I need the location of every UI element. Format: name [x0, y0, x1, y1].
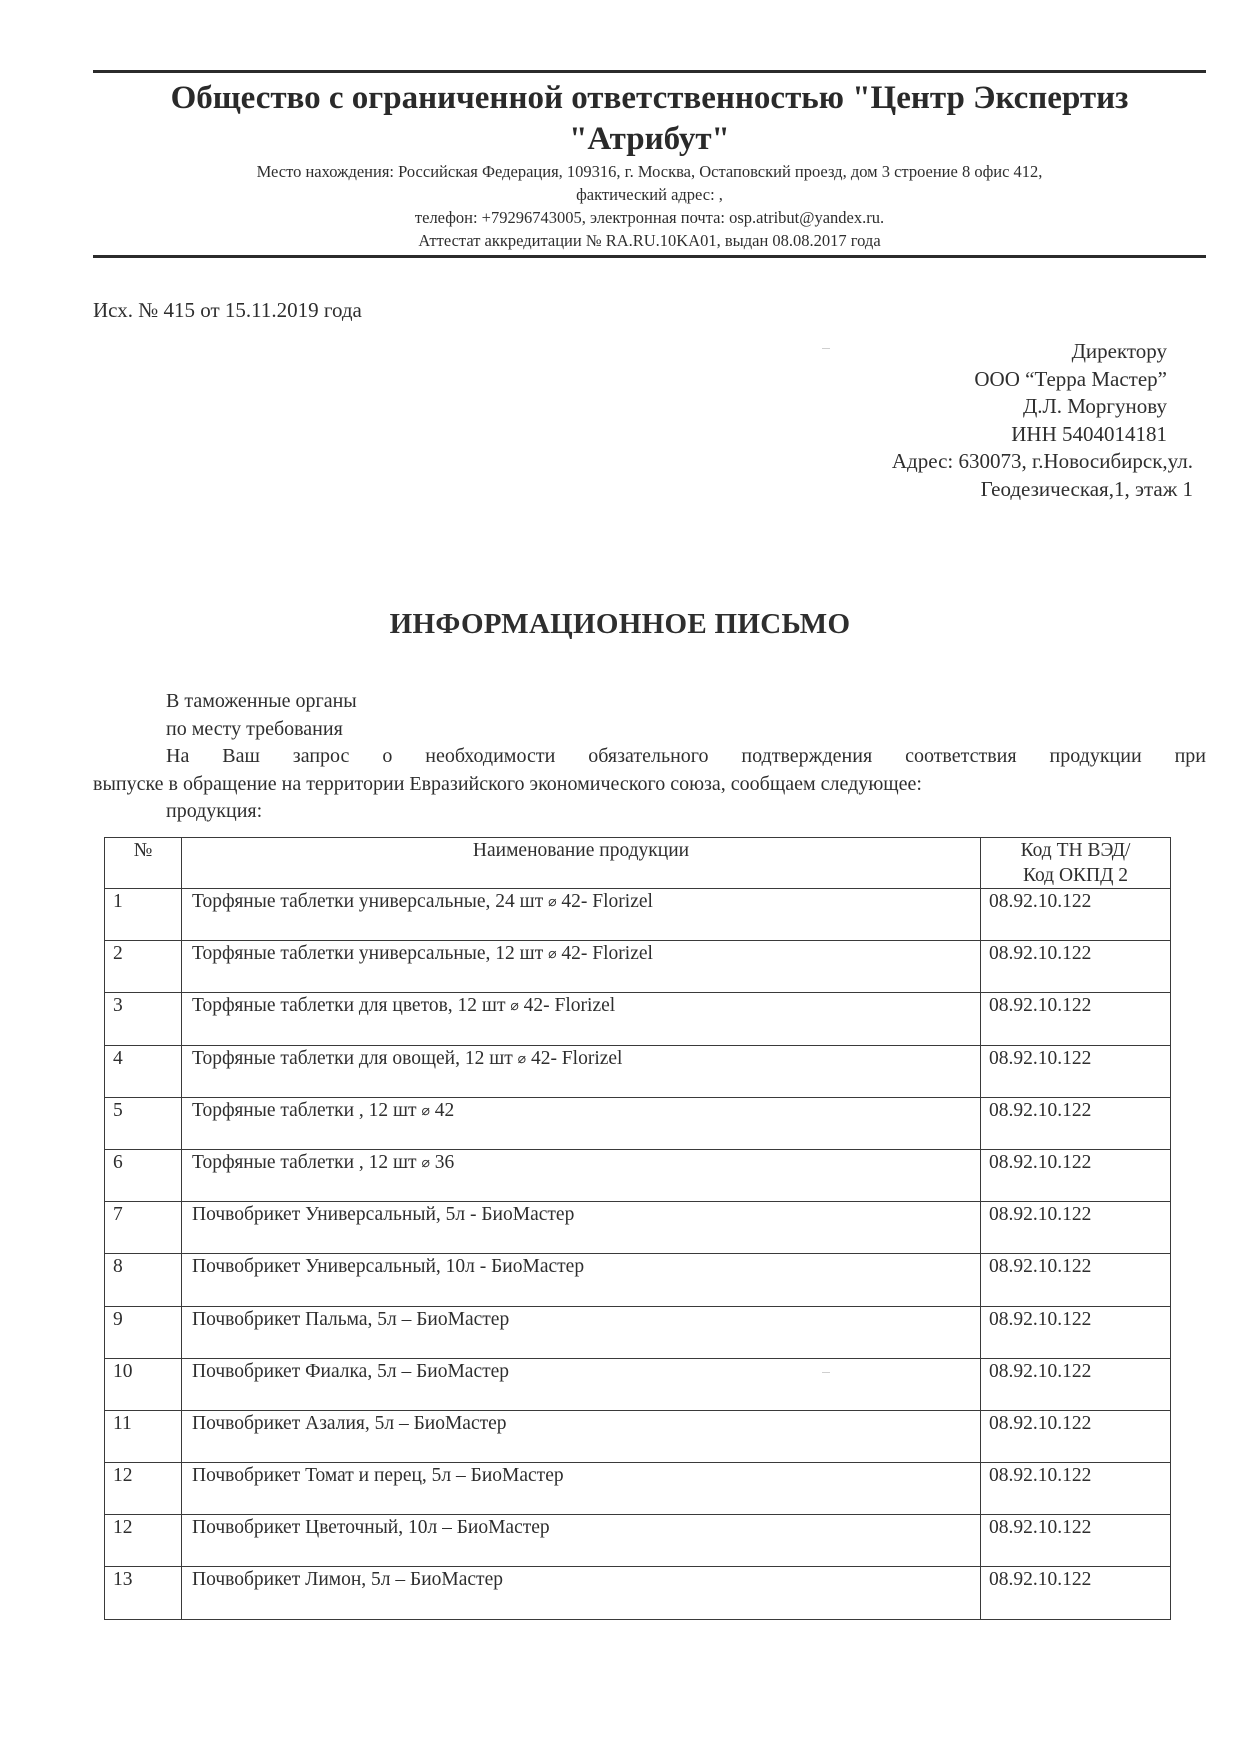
- product-name-text: Почвобрикет Универсальный, 5л - БиоМасте…: [192, 1204, 574, 1225]
- table-row: 4Торфяные таблетки для овощей, 12 шт ⌀ 4…: [105, 1045, 1171, 1097]
- addressee-inn: ИНН 5404014181: [892, 421, 1167, 449]
- product-size-text: 42- Florizel: [531, 1048, 623, 1069]
- scan-speck: [822, 348, 830, 349]
- table-row: 5Торфяные таблетки , 12 шт ⌀ 4208.92.10.…: [105, 1097, 1171, 1149]
- row-code: 08.92.10.122: [981, 1358, 1171, 1410]
- product-size-text: 36: [435, 1152, 455, 1173]
- row-code: 08.92.10.122: [981, 1515, 1171, 1567]
- product-name-text: Торфяные таблетки универсальные, 24 шт: [192, 891, 543, 912]
- diameter-icon: ⌀: [421, 1104, 429, 1119]
- product-name-text: Торфяные таблетки , 12 шт: [192, 1100, 417, 1121]
- row-product-name: Торфяные таблетки для овощей, 12 шт ⌀ 42…: [182, 1045, 981, 1097]
- product-size-text: 42: [435, 1100, 455, 1121]
- table-row: 6Торфяные таблетки , 12 шт ⌀ 3608.92.10.…: [105, 1149, 1171, 1201]
- row-code: 08.92.10.122: [981, 1202, 1171, 1254]
- organization-actual-address: фактический адрес: ,: [93, 183, 1206, 206]
- row-product-name: Почвобрикет Универсальный, 5л - БиоМасте…: [182, 1202, 981, 1254]
- letterhead-bottom-rule: [93, 255, 1206, 258]
- row-code: 08.92.10.122: [981, 1306, 1171, 1358]
- outgoing-reference: Исх. № 415 от 15.11.2019 года: [93, 298, 362, 323]
- diameter-icon: ⌀: [518, 1052, 526, 1067]
- paragraph-line1: На Ваш запрос о необходимости обязательн…: [93, 743, 1206, 771]
- table-row: 10Почвобрикет Фиалка, 5л – БиоМастер08.9…: [105, 1358, 1171, 1410]
- document-title: ИНФОРМАЦИОННОЕ ПИСЬМО: [0, 608, 1240, 641]
- product-name-text: Торфяные таблетки для овощей, 12 шт: [192, 1048, 513, 1069]
- addressee-address-line1: Адрес: 630073, г.Новосибирск,ул.: [892, 448, 1193, 476]
- product-name-text: Почвобрикет Универсальный, 10л - БиоМаст…: [192, 1256, 584, 1277]
- product-name-text: Почвобрикет Фиалка, 5л – БиоМастер: [192, 1361, 509, 1382]
- row-code: 08.92.10.122: [981, 1463, 1171, 1515]
- products-table: № Наименование продукции Код ТН ВЭД/ Код…: [104, 837, 1171, 1620]
- addressee-company: ООО “Терра Мастер”: [892, 366, 1167, 394]
- row-number: 5: [105, 1097, 182, 1149]
- table-row: 2Торфяные таблетки универсальные, 12 шт …: [105, 941, 1171, 993]
- header-number: №: [105, 838, 182, 889]
- organization-details: Место нахождения: Российская Федерация, …: [93, 160, 1206, 252]
- row-number: 6: [105, 1149, 182, 1201]
- row-product-name: Почвобрикет Пальма, 5л – БиоМастер: [182, 1306, 981, 1358]
- row-number: 13: [105, 1567, 182, 1619]
- paragraph-line2: выпуске в обращение на территории Еврази…: [93, 771, 1206, 799]
- diameter-icon: ⌀: [510, 999, 518, 1014]
- diameter-icon: ⌀: [548, 947, 556, 962]
- product-size-text: 42- Florizel: [524, 995, 616, 1016]
- addressee-block: Директору ООО “Терра Мастер” Д.Л. Моргун…: [892, 338, 1193, 503]
- addressee-position: Директору: [892, 338, 1167, 366]
- table-row: 9Почвобрикет Пальма, 5л – БиоМастер08.92…: [105, 1306, 1171, 1358]
- row-code: 08.92.10.122: [981, 1149, 1171, 1201]
- letterhead-top-rule: [93, 70, 1206, 73]
- row-code: 08.92.10.122: [981, 889, 1171, 941]
- row-number: 8: [105, 1254, 182, 1306]
- row-number: 7: [105, 1202, 182, 1254]
- table-header-row: № Наименование продукции Код ТН ВЭД/ Код…: [105, 838, 1171, 889]
- row-product-name: Почвобрикет Цветочный, 10л – БиоМастер: [182, 1515, 981, 1567]
- row-number: 1: [105, 889, 182, 941]
- row-code: 08.92.10.122: [981, 993, 1171, 1045]
- row-product-name: Почвобрикет Томат и перец, 5л – БиоМасте…: [182, 1463, 981, 1515]
- row-number: 2: [105, 941, 182, 993]
- organization-name: Общество с ограниченной ответственностью…: [93, 78, 1206, 160]
- organization-name-line1: Общество с ограниченной ответственностью…: [93, 78, 1206, 119]
- row-code: 08.92.10.122: [981, 1097, 1171, 1149]
- row-product-name: Торфяные таблетки , 12 шт ⌀ 36: [182, 1149, 981, 1201]
- addressee-person: Д.Л. Моргунову: [892, 393, 1167, 421]
- row-product-name: Почвобрикет Фиалка, 5л – БиоМастер: [182, 1358, 981, 1410]
- organization-location: Место нахождения: Российская Федерация, …: [93, 160, 1206, 183]
- row-number: 12: [105, 1463, 182, 1515]
- row-number: 10: [105, 1358, 182, 1410]
- recipient-line1: В таможенные органы: [93, 688, 1206, 716]
- product-size-text: 42- Florizel: [561, 891, 653, 912]
- diameter-icon: ⌀: [548, 895, 556, 910]
- row-number: 12: [105, 1515, 182, 1567]
- row-product-name: Почвобрикет Лимон, 5л – БиоМастер: [182, 1567, 981, 1619]
- scan-speck: [822, 1372, 830, 1373]
- row-number: 9: [105, 1306, 182, 1358]
- product-name-text: Почвобрикет Томат и перец, 5л – БиоМасте…: [192, 1465, 564, 1486]
- table-row: 1Торфяные таблетки универсальные, 24 шт …: [105, 889, 1171, 941]
- table-body: 1Торфяные таблетки универсальные, 24 шт …: [105, 889, 1171, 1620]
- row-code: 08.92.10.122: [981, 1045, 1171, 1097]
- product-name-text: Почвобрикет Лимон, 5л – БиоМастер: [192, 1569, 503, 1590]
- table-row: 12Почвобрикет Томат и перец, 5л – БиоМас…: [105, 1463, 1171, 1515]
- table-row: 12Почвобрикет Цветочный, 10л – БиоМастер…: [105, 1515, 1171, 1567]
- organization-name-line2: "Атрибут": [93, 119, 1206, 160]
- header-code-line1: Код ТН ВЭД/: [981, 838, 1170, 863]
- row-code: 08.92.10.122: [981, 1254, 1171, 1306]
- header-product-name: Наименование продукции: [182, 838, 981, 889]
- product-name-text: Почвобрикет Азалия, 5л – БиоМастер: [192, 1413, 507, 1434]
- product-size-text: 42- Florizel: [561, 943, 653, 964]
- row-product-name: Торфяные таблетки универсальные, 24 шт ⌀…: [182, 889, 981, 941]
- row-product-name: Почвобрикет Азалия, 5л – БиоМастер: [182, 1410, 981, 1462]
- row-product-name: Торфяные таблетки универсальные, 12 шт ⌀…: [182, 941, 981, 993]
- row-product-name: Торфяные таблетки для цветов, 12 шт ⌀ 42…: [182, 993, 981, 1045]
- row-number: 11: [105, 1410, 182, 1462]
- table-row: 3Торфяные таблетки для цветов, 12 шт ⌀ 4…: [105, 993, 1171, 1045]
- organization-accreditation: Аттестат аккредитации № RA.RU.10KA01, вы…: [93, 229, 1206, 252]
- table-row: 7Почвобрикет Универсальный, 5л - БиоМаст…: [105, 1202, 1171, 1254]
- letter-body: В таможенные органы по месту требования …: [93, 688, 1206, 826]
- product-name-text: Почвобрикет Пальма, 5л – БиоМастер: [192, 1309, 509, 1330]
- organization-contacts: телефон: +79296743005, электронная почта…: [93, 206, 1206, 229]
- diameter-icon: ⌀: [421, 1156, 429, 1171]
- product-name-text: Торфяные таблетки , 12 шт: [192, 1152, 417, 1173]
- row-code: 08.92.10.122: [981, 1410, 1171, 1462]
- addressee-address-line2: Геодезическая,1, этаж 1: [892, 476, 1193, 504]
- product-name-text: Торфяные таблетки универсальные, 12 шт: [192, 943, 543, 964]
- header-code: Код ТН ВЭД/ Код ОКПД 2: [981, 838, 1171, 889]
- product-name-text: Торфяные таблетки для цветов, 12 шт: [192, 995, 505, 1016]
- product-name-text: Почвобрикет Цветочный, 10л – БиоМастер: [192, 1517, 550, 1538]
- products-label: продукция:: [93, 798, 1206, 826]
- header-code-line2: Код ОКПД 2: [981, 863, 1170, 888]
- row-product-name: Почвобрикет Универсальный, 10л - БиоМаст…: [182, 1254, 981, 1306]
- table-row: 11Почвобрикет Азалия, 5л – БиоМастер08.9…: [105, 1410, 1171, 1462]
- row-number: 4: [105, 1045, 182, 1097]
- table-row: 8Почвобрикет Универсальный, 10л - БиоМас…: [105, 1254, 1171, 1306]
- row-code: 08.92.10.122: [981, 941, 1171, 993]
- table-row: 13Почвобрикет Лимон, 5л – БиоМастер08.92…: [105, 1567, 1171, 1619]
- row-code: 08.92.10.122: [981, 1567, 1171, 1619]
- recipient-line2: по месту требования: [93, 716, 1206, 744]
- row-number: 3: [105, 993, 182, 1045]
- row-product-name: Торфяные таблетки , 12 шт ⌀ 42: [182, 1097, 981, 1149]
